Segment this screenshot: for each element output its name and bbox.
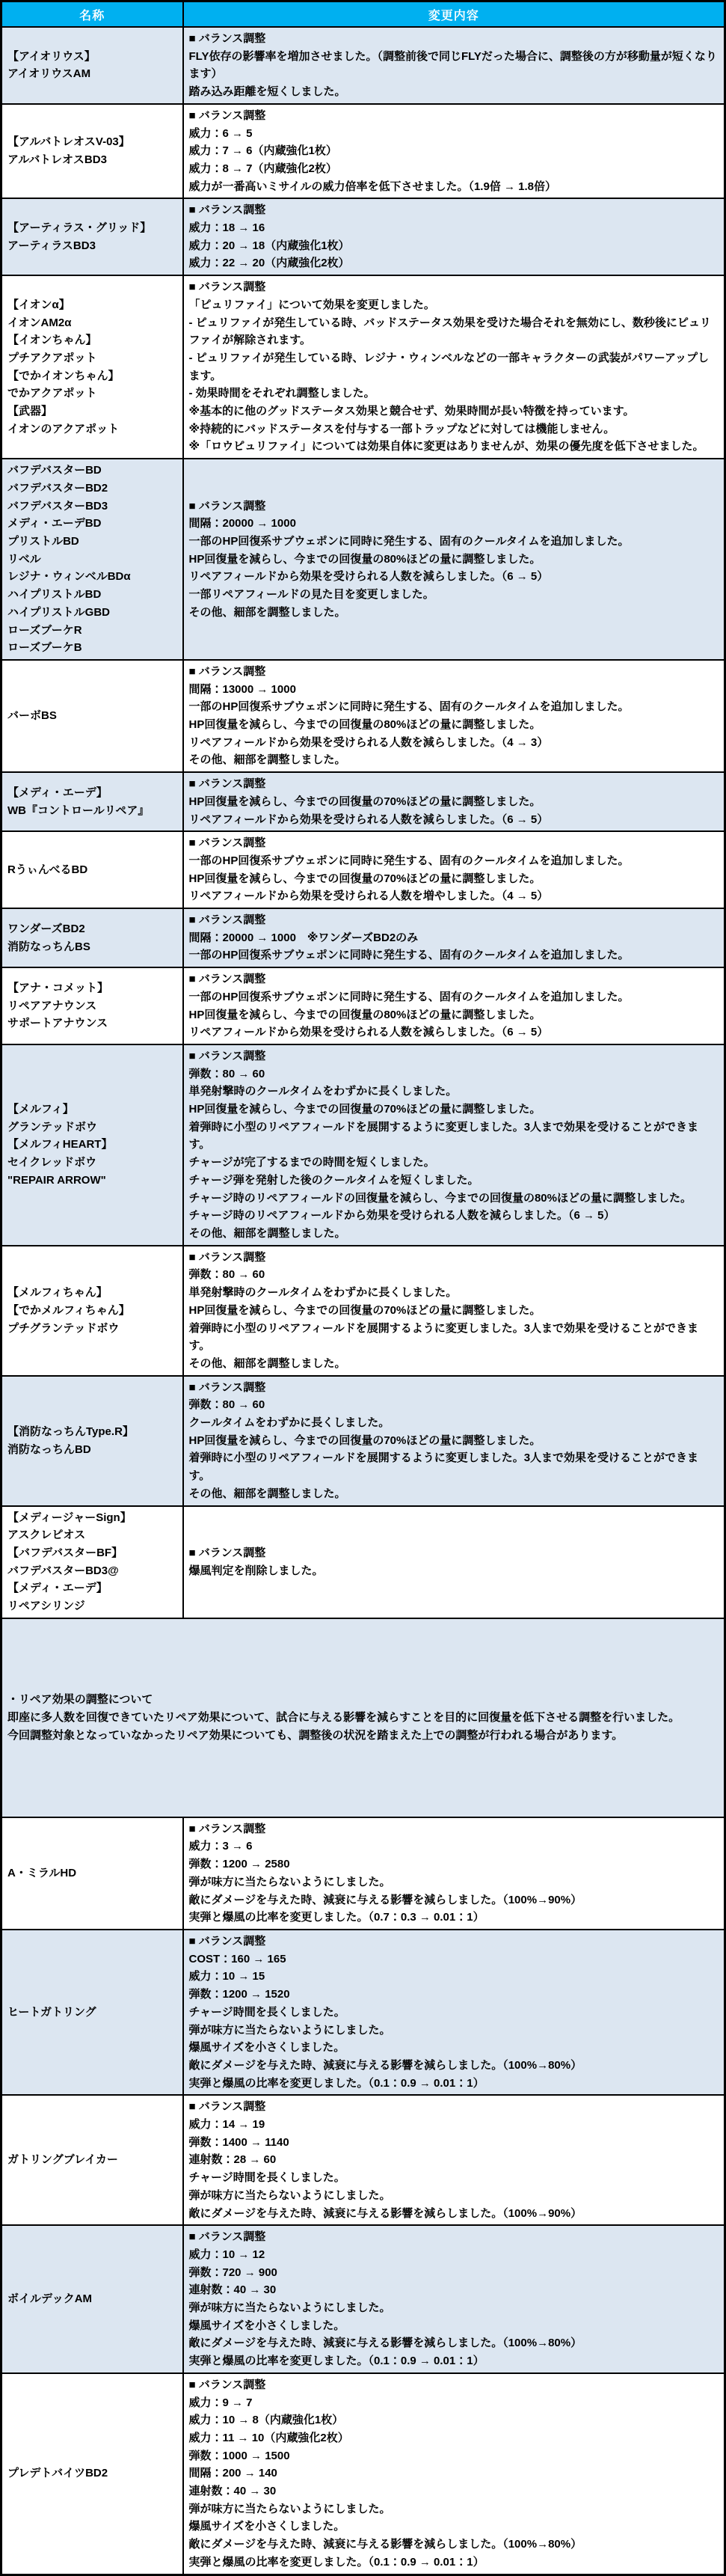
text-line: 弾が味方に当たらないようにしました。 [189, 2022, 719, 2040]
table-row: 【メディージャーSign】アスクレピオス【バフデバスターBF】バフデバスターBD… [1, 1506, 725, 1618]
text-line: リペアフィールドから効果を受けられる人数を減らしました。（6 → 5） [189, 811, 719, 829]
text-line: 着弾時に小型のリペアフィールドを展開するように変更しました。3人まで効果を受ける… [189, 1449, 719, 1484]
text-line: 間隔：20000 → 1000 [189, 515, 719, 533]
text-line: チャージ時のリペアフィールドから効果を受けられる人数を減らしました。（6 → 5… [189, 1207, 719, 1225]
table-row: 【アーティラス・グリッド】アーティラスBD3■ バランス調整威力：18 → 16… [1, 198, 725, 275]
table-row: プレデトバイツBD2■ バランス調整威力：9 → 7威力：10 → 8（内蔵強化… [1, 2373, 725, 2575]
text-line: バフデバスターBD2 [7, 480, 177, 498]
item-name-cell: 【アイオリウス】アイオリウスAM [1, 27, 183, 104]
table-row: 【メディ・エーデ】WB『コントロールリペア』■ バランス調整HP回復量を減らし、… [1, 772, 725, 831]
text-line: チャージ弾を発射した後のクールタイムを短くしました。 [189, 1172, 719, 1190]
text-line: 威力：6 → 5 [189, 125, 719, 143]
text-line: 【でかイオンちゃん】 [7, 367, 177, 385]
item-name-cell: 【メディ・エーデ】WB『コントロールリペア』 [1, 772, 183, 831]
text-line: 連射数：28 → 60 [189, 2151, 719, 2169]
change-details-cell: ■ バランス調整COST：160 → 165威力：10 → 15弾数：1200 … [183, 1930, 725, 2095]
text-line: リペアフィールドから効果を受けられる人数を減らしました。（4 → 3） [189, 734, 719, 752]
text-line: ■ バランス調整 [189, 30, 719, 48]
text-line: 威力：9 → 7 [189, 2394, 719, 2412]
text-line: プチアクアポット [7, 349, 177, 367]
text-line: リベル [7, 551, 177, 569]
item-name-cell: 【アーティラス・グリッド】アーティラスBD3 [1, 198, 183, 275]
item-name-cell: 【メルフィちゃん】【でかメルフィちゃん】プチグランテッドボウ [1, 1246, 183, 1376]
text-line: 威力：10 → 12 [189, 2246, 719, 2264]
text-line: 実弾と爆風の比率を変更しました。（0.1：0.9 → 0.01：1） [189, 2352, 719, 2370]
text-line: ※基本的に他のグッドステータス効果と競合せず、効果時間が長い特徴を持っています。 [189, 403, 719, 420]
text-line: 実弾と爆風の比率を変更しました。（0.1：0.9 → 0.01：1） [189, 2554, 719, 2572]
text-line: 一部のHP回復系サブウェポンに同時に発生する、固有のクールタイムを追加しました。 [189, 533, 719, 551]
text-line: - 効果時間をそれぞれ調整しました。 [189, 385, 719, 403]
text-line: ガトリングブレイカー [7, 2151, 177, 2169]
text-line: アイオリウスAM [7, 65, 177, 83]
text-line: ■ バランス調整 [189, 1544, 719, 1562]
table-row: ボイルデックAM■ バランス調整威力：10 → 12弾数：720 → 900連射… [1, 2225, 725, 2373]
text-line: 威力：10 → 15 [189, 1968, 719, 1986]
text-line: 弾が味方に当たらないようにしました。 [189, 1873, 719, 1891]
text-line: 【メルフィちゃん】 [7, 1284, 177, 1302]
item-name-cell: 【メディージャーSign】アスクレピオス【バフデバスターBF】バフデバスターBD… [1, 1506, 183, 1618]
item-name-cell: 【イオンα】イオンAM2α【イオンちゃん】プチアクアポット【でかイオンちゃん】で… [1, 275, 183, 459]
text-line: 踏み込み距離を短くしました。 [189, 83, 719, 101]
text-line: その他、細部を調整しました。 [189, 1225, 719, 1243]
text-line: リペアフィールドから効果を受けられる人数を増やしました。（4 → 5） [189, 887, 719, 905]
text-line: 連射数：40 → 30 [189, 2482, 719, 2500]
text-line: チャージ時間を長くしました。 [189, 2004, 719, 2022]
text-line: 実弾と爆風の比率を変更しました。（0.1：0.9 → 0.01：1） [189, 2075, 719, 2093]
text-line: 【アルバトレオスV-03】 [7, 133, 177, 151]
text-line: プチグランテッドボウ [7, 1320, 177, 1338]
text-line: HP回復量を減らし、今までの回復量の70%ほどの量に調整しました。 [189, 1432, 719, 1450]
text-line: 単発射撃時のクールタイムをわずかに長くしました。 [189, 1083, 719, 1101]
text-line: ■ バランス調整 [189, 201, 719, 219]
change-details-cell: ■ バランス調整「ピュリファイ」について効果を変更しました。- ピュリファイが発… [183, 275, 725, 459]
text-line: HP回復量を減らし、今までの回復量の70%ほどの量に調整しました。 [189, 793, 719, 811]
text-line: HP回復量を減らし、今までの回復量の70%ほどの量に調整しました。 [189, 870, 719, 888]
change-details-cell: ■ バランス調整威力：6 → 5威力：7 → 6（内蔵強化1枚）威力：8 → 7… [183, 104, 725, 199]
change-details-cell: ■ バランス調整弾数：80 → 60単発射撃時のクールタイムをわずかに長くしまし… [183, 1044, 725, 1246]
text-line: バーボBS [7, 707, 177, 725]
text-line: 威力：22 → 20（内蔵強化2枚） [189, 254, 719, 272]
table-row: 【イオンα】イオンAM2α【イオンちゃん】プチアクアポット【でかイオンちゃん】で… [1, 275, 725, 459]
text-line: 弾が味方に当たらないようにしました。 [189, 2500, 719, 2518]
item-name-cell: 【消防なっちんType.R】消防なっちんBD [1, 1376, 183, 1506]
text-line: イオンのアクアポット [7, 420, 177, 438]
text-line: ハイプリストルBD [7, 586, 177, 604]
text-line: 【消防なっちんType.R】 [7, 1423, 177, 1441]
text-line: その他、細部を調整しました。 [189, 1355, 719, 1373]
text-line: FLY依存の影響率を増加させました。（調整前後で同じFLYだった場合に、調整後の… [189, 48, 719, 83]
text-line: 弾数：80 → 60 [189, 1065, 719, 1083]
text-line: 弾が味方に当たらないようにしました。 [189, 2187, 719, 2205]
text-line: 敵にダメージを与えた時、減衰に与える影響を減らしました。（100%→80%） [189, 2057, 719, 2075]
text-line: 【メルフィHEART】 [7, 1136, 177, 1154]
text-line: A・ミラルHD [7, 1864, 177, 1882]
change-details-cell: ■ バランス調整威力：18 → 16威力：20 → 18（内蔵強化1枚）威力：2… [183, 198, 725, 275]
item-name-cell: 【メルフィ】グランテッドボウ【メルフィHEART】セイクレッドボウ"REPAIR… [1, 1044, 183, 1246]
text-line: クールタイムをわずかに長くしました。 [189, 1414, 719, 1432]
table-row: ヒートガトリング■ バランス調整COST：160 → 165威力：10 → 15… [1, 1930, 725, 2095]
text-line: ■ バランス調整 [189, 834, 719, 852]
text-line: セイクレッドボウ [7, 1154, 177, 1172]
text-line: 【アナ・コメット】 [7, 979, 177, 997]
table-row: バーボBS■ バランス調整間隔：13000 → 1000一部のHP回復系サブウェ… [1, 660, 725, 772]
text-line: 【メルフィ】 [7, 1101, 177, 1119]
text-line: 【アイオリウス】 [7, 48, 177, 66]
text-line: 一部リペアフィールドの見た目を変更しました。 [189, 586, 719, 604]
text-line: WB『コントロールリペア』 [7, 802, 177, 820]
text-line: ■ バランス調整 [189, 498, 719, 515]
text-line: ローズブーケR [7, 622, 177, 640]
text-line: 弾数：80 → 60 [189, 1266, 719, 1284]
text-line: その他、細部を調整しました。 [189, 751, 719, 769]
change-details-cell: ■ バランス調整間隔：20000 → 1000一部のHP回復系サブウェポンに同時… [183, 459, 725, 660]
text-line: 弾が味方に当たらないようにしました。 [189, 2299, 719, 2317]
text-line: 弾数：720 → 900 [189, 2264, 719, 2282]
table-row: 【アイオリウス】アイオリウスAM■ バランス調整FLY依存の影響率を増加させまし… [1, 27, 725, 104]
change-details-cell: ■ バランス調整一部のHP回復系サブウェポンに同時に発生する、固有のクールタイム… [183, 831, 725, 908]
text-line: 即座に多人数を回復できていたリペア効果について、試合に与える影響を減らすことを目… [7, 1709, 719, 1727]
text-line: 威力が一番高いミサイルの威力倍率を低下させました。（1.9倍 → 1.8倍） [189, 178, 719, 196]
text-line: バフデバスターBD3@ [7, 1562, 177, 1580]
text-line: 【アーティラス・グリッド】 [7, 219, 177, 237]
text-line: ■ バランス調整 [189, 1249, 719, 1267]
text-line: 【イオンちゃん】 [7, 331, 177, 349]
text-line: ・リペア効果の調整について [7, 1691, 719, 1709]
text-line: 【メディ・エーデ】 [7, 1579, 177, 1597]
header-row: 名称 変更内容 [1, 1, 725, 28]
text-line: 爆風サイズを小さくしました。 [189, 2317, 719, 2335]
table-row: 【アルバトレオスV-03】アルバトレオスBD3■ バランス調整威力：6 → 5威… [1, 104, 725, 199]
change-details-cell: ■ バランス調整HP回復量を減らし、今までの回復量の70%ほどの量に調整しました… [183, 772, 725, 831]
text-line: 間隔：200 → 140 [189, 2465, 719, 2482]
text-line: ■ バランス調整 [189, 1379, 719, 1397]
table-row: 【メルフィ】グランテッドボウ【メルフィHEART】セイクレッドボウ"REPAIR… [1, 1044, 725, 1246]
text-line: 敵にダメージを与えた時、減衰に与える影響を減らしました。（100%→80%） [189, 2334, 719, 2352]
text-line: リペアフィールドから効果を受けられる人数を減らしました。（6 → 5） [189, 1024, 719, 1041]
patch-notes-table: 名称 変更内容 【アイオリウス】アイオリウスAM■ バランス調整FLY依存の影響… [0, 0, 726, 2576]
column-header-changes: 変更内容 [183, 1, 725, 28]
item-name-cell: ヒートガトリング [1, 1930, 183, 2095]
text-line: 威力：18 → 16 [189, 219, 719, 237]
item-name-cell: バーボBS [1, 660, 183, 772]
text-line: 一部のHP回復系サブウェポンに同時に発生する、固有のクールタイムを追加しました。 [189, 698, 719, 716]
table-row: A・ミラルHD■ バランス調整威力：3 → 6弾数：1200 → 2580弾が味… [1, 1817, 725, 1930]
text-line: 【メディ・エーデ】 [7, 784, 177, 802]
text-line: 弾数：1000 → 1500 [189, 2447, 719, 2465]
text-line: 一部のHP回復系サブウェポンに同時に発生する、固有のクールタイムを追加しました。 [189, 946, 719, 964]
change-details-cell: ■ バランス調整威力：14 → 19弾数：1400 → 1140連射数：28 →… [183, 2095, 725, 2225]
text-line: 一部のHP回復系サブウェポンに同時に発生する、固有のクールタイムを追加しました。 [189, 988, 719, 1006]
text-line: ハイプリストルGBD [7, 604, 177, 622]
text-line: 敵にダメージを与えた時、減衰に与える影響を減らしました。（100%→90%） [189, 2205, 719, 2223]
text-line: 弾数：80 → 60 [189, 1396, 719, 1414]
item-name-cell: 【アナ・コメット】リペアアナウンスサポートアナウンス [1, 967, 183, 1044]
text-line: アーティラスBD3 [7, 237, 177, 255]
text-line: 【でかメルフィちゃん】 [7, 1302, 177, 1320]
text-line: 【武器】 [7, 403, 177, 420]
text-line: 間隔：13000 → 1000 [189, 681, 719, 699]
text-line: 単発射撃時のクールタイムをわずかに長くしました。 [189, 1284, 719, 1302]
text-line: ■ バランス調整 [189, 775, 719, 793]
table-row: バフデバスターBDバフデバスターBD2バフデバスターBD3メディ・エーデBDプリ… [1, 459, 725, 660]
change-details-cell: ■ バランス調整間隔：20000 → 1000 ※ワンダーズBD2のみ一部のHP… [183, 908, 725, 967]
text-line: 威力：3 → 6 [189, 1838, 719, 1855]
item-name-cell: A・ミラルHD [1, 1817, 183, 1930]
text-line: 一部のHP回復系サブウェポンに同時に発生する、固有のクールタイムを追加しました。 [189, 852, 719, 870]
text-line: 威力：11 → 10（内蔵強化2枚） [189, 2429, 719, 2447]
text-line: ローズブーケB [7, 639, 177, 657]
change-details-cell: ■ バランス調整弾数：80 → 60単発射撃時のクールタイムをわずかに長くしまし… [183, 1246, 725, 1376]
text-line: バフデバスターBD3 [7, 498, 177, 515]
text-line: 着弾時に小型のリペアフィールドを展開するように変更しました。3人まで効果を受ける… [189, 1320, 719, 1355]
repair-adjustment-note: ・リペア効果の調整について即座に多人数を回復できていたリペア効果について、試合に… [1, 1618, 725, 1817]
change-details-cell: ■ バランス調整威力：3 → 6弾数：1200 → 2580弾が味方に当たらない… [183, 1817, 725, 1930]
table-header: 名称 変更内容 [1, 1, 725, 28]
text-line: 消防なっちんBD [7, 1441, 177, 1459]
table-body: 【アイオリウス】アイオリウスAM■ バランス調整FLY依存の影響率を増加させまし… [1, 27, 725, 2575]
text-line: ■ バランス調整 [189, 2228, 719, 2246]
text-line: 威力：20 → 18（内蔵強化1枚） [189, 237, 719, 255]
text-line: HP回復量を減らし、今までの回復量の70%ほどの量に調整しました。 [189, 1302, 719, 1320]
text-line: アスクレピオス [7, 1526, 177, 1544]
text-line: 着弾時に小型のリペアフィールドを展開するように変更しました。3人まで効果を受ける… [189, 1119, 719, 1154]
text-line: 弾数：1200 → 2580 [189, 1855, 719, 1873]
table-row: 【メルフィちゃん】【でかメルフィちゃん】プチグランテッドボウ■ バランス調整弾数… [1, 1246, 725, 1376]
text-line: HP回復量を減らし、今までの回復量の80%ほどの量に調整しました。 [189, 551, 719, 569]
change-details-cell: ■ バランス調整威力：9 → 7威力：10 → 8（内蔵強化1枚）威力：11 →… [183, 2373, 725, 2575]
table-row: RうぃんべるBD■ バランス調整一部のHP回復系サブウェポンに同時に発生する、固… [1, 831, 725, 908]
text-line: HP回復量を減らし、今までの回復量の80%ほどの量に調整しました。 [189, 1006, 719, 1024]
text-line: ■ バランス調整 [189, 663, 719, 681]
text-line: 実弾と爆風の比率を変更しました。（0.7：0.3 → 0.01：1） [189, 1909, 719, 1927]
text-line: ■ バランス調整 [189, 911, 719, 929]
text-line: ヒートガトリング [7, 2004, 177, 2022]
item-name-cell: ボイルデックAM [1, 2225, 183, 2373]
text-line: "REPAIR ARROW" [7, 1172, 177, 1190]
item-name-cell: ワンダーズBD2消防なっちんBS [1, 908, 183, 967]
text-line: レジナ・ウィンベルBDα [7, 568, 177, 586]
text-line: ■ バランス調整 [189, 2376, 719, 2394]
text-line: COST：160 → 165 [189, 1951, 719, 1968]
change-details-cell: ■ バランス調整間隔：13000 → 1000一部のHP回復系サブウェポンに同時… [183, 660, 725, 772]
text-line: 爆風判定を削除しました。 [189, 1562, 719, 1580]
item-name-cell: 【アルバトレオスV-03】アルバトレオスBD3 [1, 104, 183, 199]
text-line: ※「ロウピュリファイ」については効果自体に変更はありませんが、効果の優先度を低下… [189, 438, 719, 456]
text-line: 今回調整対象となっていなかったリペア効果についても、調整後の状況を踏まえた上での… [7, 1727, 719, 1745]
patch-notes-page: 名称 変更内容 【アイオリウス】アイオリウスAM■ バランス調整FLY依存の影響… [0, 0, 726, 2576]
text-line: 間隔：20000 → 1000 ※ワンダーズBD2のみ [189, 929, 719, 947]
change-details-cell: ■ バランス調整FLY依存の影響率を増加させました。（調整前後で同じFLYだった… [183, 27, 725, 104]
table-row: 【消防なっちんType.R】消防なっちんBD■ バランス調整弾数：80 → 60… [1, 1376, 725, 1506]
text-line: ワンダーズBD2 [7, 920, 177, 938]
item-name-cell: プレデトバイツBD2 [1, 2373, 183, 2575]
text-line: - ピュリファイが発生している時、バッドステータス効果を受けた場合それを無効にし… [189, 314, 719, 349]
change-details-cell: ■ バランス調整威力：10 → 12弾数：720 → 900連射数：40 → 3… [183, 2225, 725, 2373]
text-line: 連射数：40 → 30 [189, 2281, 719, 2299]
table-row: 【アナ・コメット】リペアアナウンスサポートアナウンス■ バランス調整一部のHP回… [1, 967, 725, 1044]
text-line: - ピュリファイが発生している時、レジナ・ウィンベルなどの一部キャラクターの武装… [189, 349, 719, 385]
change-details-cell: ■ バランス調整一部のHP回復系サブウェポンに同時に発生する、固有のクールタイム… [183, 967, 725, 1044]
text-line: ボイルデックAM [7, 2290, 177, 2308]
text-line: リペアシリンジ [7, 1597, 177, 1615]
text-line: チャージ時間を長くしました。 [189, 2169, 719, 2187]
text-line: 敵にダメージを与えた時、減衰に与える影響を減らしました。（100%→90%） [189, 1891, 719, 1909]
text-line: HP回復量を減らし、今までの回復量の70%ほどの量に調整しました。 [189, 1101, 719, 1119]
text-line: 威力：8 → 7（内蔵強化2枚） [189, 160, 719, 178]
change-details-cell: ■ バランス調整爆風判定を削除しました。 [183, 1506, 725, 1618]
text-line: メディ・エーデBD [7, 515, 177, 533]
text-line: ■ バランス調整 [189, 1047, 719, 1065]
note-row: ・リペア効果の調整について即座に多人数を回復できていたリペア効果について、試合に… [1, 1618, 725, 1817]
text-line: 威力：10 → 8（内蔵強化1枚） [189, 2411, 719, 2429]
text-line: イオンAM2α [7, 314, 177, 332]
item-name-cell: バフデバスターBDバフデバスターBD2バフデバスターBD3メディ・エーデBDプリ… [1, 459, 183, 660]
text-line: ■ バランス調整 [189, 107, 719, 125]
text-line: でかアクアポット [7, 385, 177, 403]
text-line: グランテッドボウ [7, 1119, 177, 1136]
text-line: リペアアナウンス [7, 997, 177, 1015]
text-line: プレデトバイツBD2 [7, 2465, 177, 2482]
text-line: ■ バランス調整 [189, 1933, 719, 1951]
text-line: ■ バランス調整 [189, 1820, 719, 1838]
text-line: アルバトレオスBD3 [7, 151, 177, 169]
text-line: バフデバスターBD [7, 462, 177, 480]
item-name-cell: ガトリングブレイカー [1, 2095, 183, 2225]
text-line: 爆風サイズを小さくしました。 [189, 2039, 719, 2057]
text-line: ■ バランス調整 [189, 278, 719, 296]
text-line: その他、細部を調整しました。 [189, 1485, 719, 1503]
text-line: ※持続的にバッドステータスを付与する一部トラップなどに対しては機能しません。 [189, 420, 719, 438]
text-line: 威力：14 → 19 [189, 2116, 719, 2134]
table-row: ワンダーズBD2消防なっちんBS■ バランス調整間隔：20000 → 1000 … [1, 908, 725, 967]
text-line: 威力：7 → 6（内蔵強化1枚） [189, 142, 719, 160]
text-line: 【バフデバスターBF】 [7, 1544, 177, 1562]
text-line: HP回復量を減らし、今までの回復量の80%ほどの量に調整しました。 [189, 716, 719, 734]
text-line: チャージが完了するまでの時間を短くしました。 [189, 1154, 719, 1172]
text-line: 敵にダメージを与えた時、減衰に与える影響を減らしました。（100%→80%） [189, 2536, 719, 2554]
text-line: 【イオンα】 [7, 296, 177, 314]
item-name-cell: RうぃんべるBD [1, 831, 183, 908]
change-details-cell: ■ バランス調整弾数：80 → 60クールタイムをわずかに長くしました。HP回復… [183, 1376, 725, 1506]
text-line: 消防なっちんBS [7, 938, 177, 956]
text-line: 【メディージャーSign】 [7, 1509, 177, 1527]
column-header-name: 名称 [1, 1, 183, 28]
table-row: ガトリングブレイカー■ バランス調整威力：14 → 19弾数：1400 → 11… [1, 2095, 725, 2225]
text-line: RうぃんべるBD [7, 861, 177, 879]
text-line: その他、細部を調整しました。 [189, 604, 719, 622]
text-line: 弾数：1400 → 1140 [189, 2134, 719, 2152]
text-line: ■ バランス調整 [189, 2098, 719, 2116]
text-line: リペアフィールドから効果を受けられる人数を減らしました。（6 → 5） [189, 568, 719, 586]
text-line: 爆風サイズを小さくしました。 [189, 2518, 719, 2536]
text-line: ■ バランス調整 [189, 970, 719, 988]
text-line: サポートアナウンス [7, 1015, 177, 1032]
text-line: 「ピュリファイ」について効果を変更しました。 [189, 296, 719, 314]
text-line: 弾数：1200 → 1520 [189, 1986, 719, 2004]
text-line: プリストルBD [7, 533, 177, 551]
text-line: チャージ時のリペアフィールドの回復量を減らし、今までの回復量の80%ほどの量に調… [189, 1190, 719, 1208]
